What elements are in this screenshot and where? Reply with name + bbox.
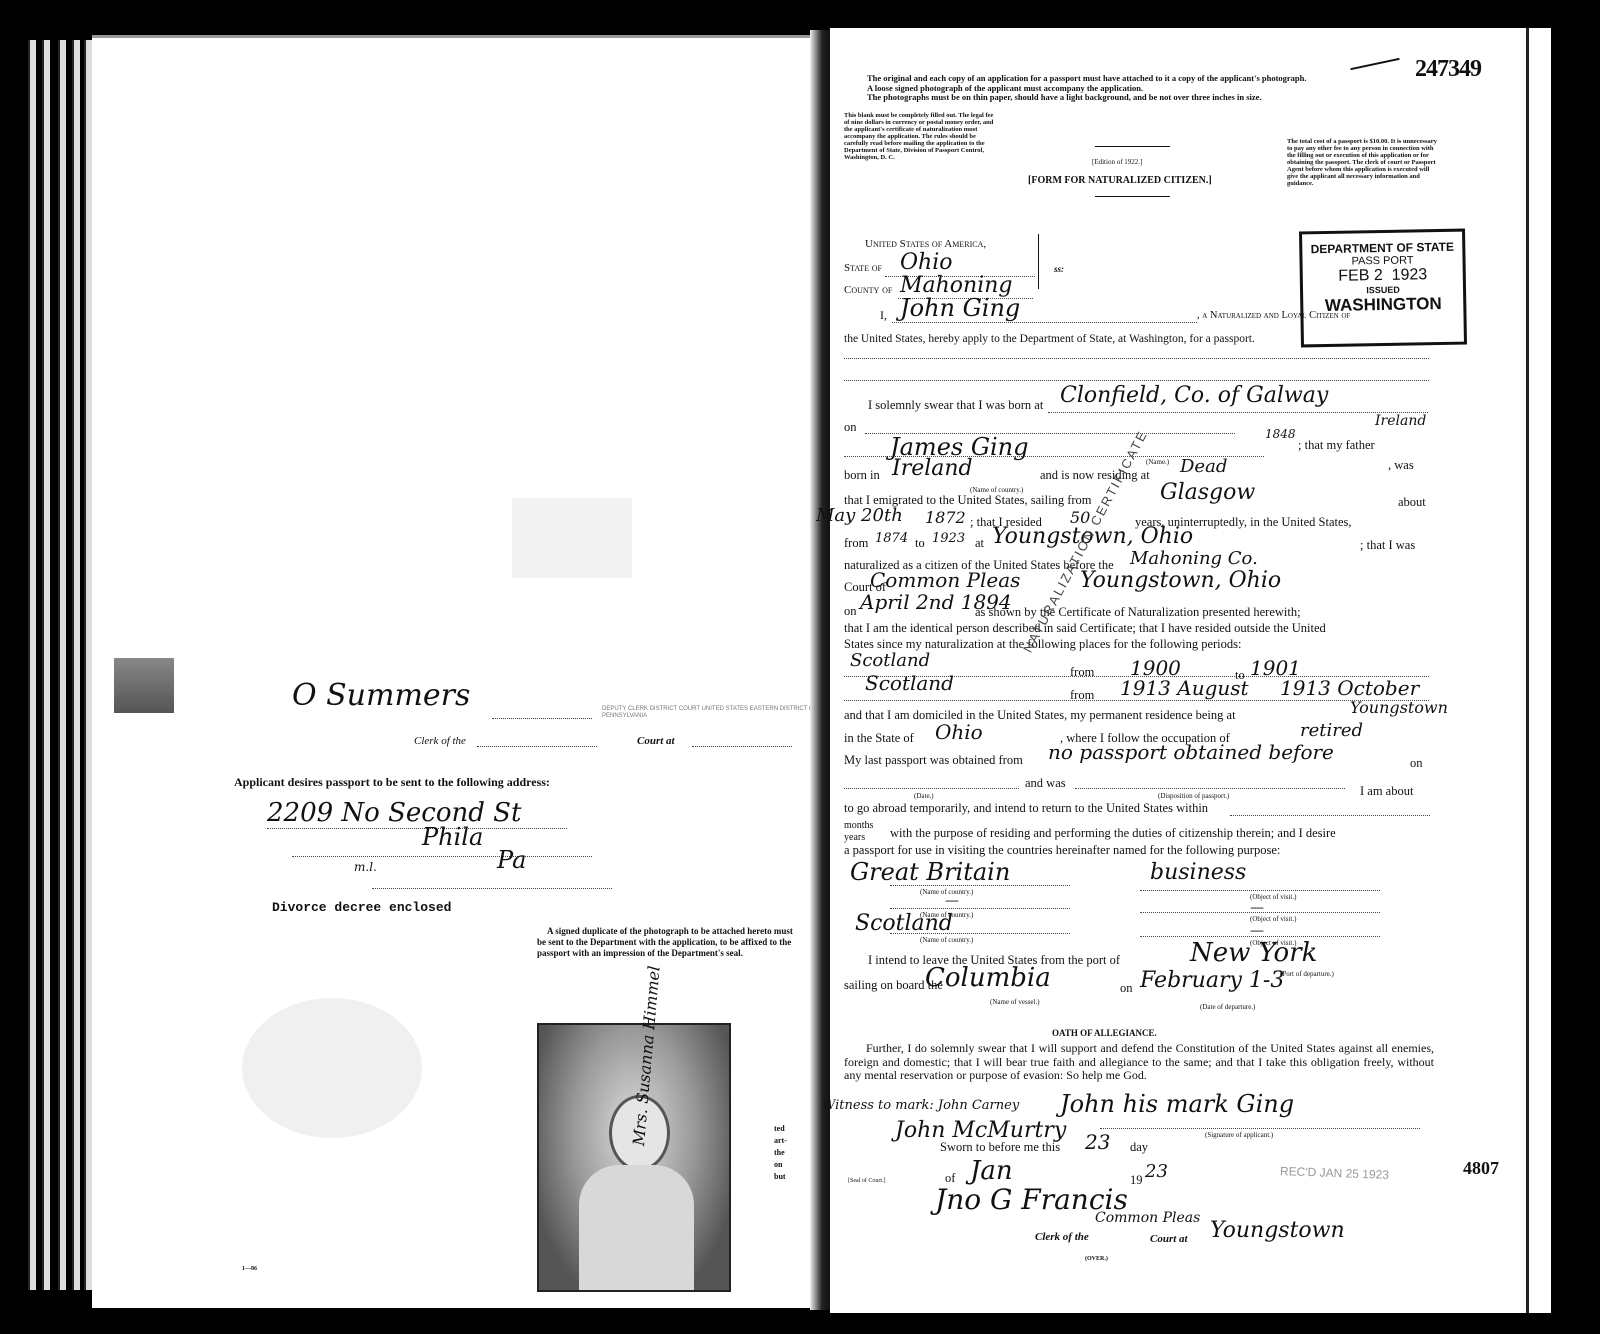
- court-location: Youngstown, Ohio: [1080, 568, 1281, 593]
- right-page: 247349 The original and each copy of an …: [830, 28, 1526, 1313]
- title-rule: [1095, 196, 1170, 197]
- side-text-line: but: [774, 1171, 787, 1183]
- country-line: [890, 885, 1070, 886]
- book-gutter: [810, 30, 830, 1310]
- object-2: —: [1250, 900, 1264, 916]
- form-title: [FORM FOR NATURALIZED CITIZEN.]: [1028, 175, 1212, 186]
- applicant-name: John Ging: [900, 294, 1020, 322]
- stamp-line: WASHINGTON: [1303, 294, 1463, 317]
- allegiance-title: OATH OF ALLEGIANCE.: [1052, 1028, 1157, 1038]
- applicant-signature: John his mark Ging: [1060, 1090, 1294, 1118]
- book-page-edge: [28, 40, 36, 1290]
- purpose-text: with the purpose of residing and perform…: [890, 826, 1336, 841]
- date-caption: (Date.): [914, 792, 934, 800]
- to-year: 1923: [932, 531, 965, 546]
- bleed-through-mark: [512, 498, 632, 578]
- book-page-edge: [42, 40, 50, 1290]
- identical-text: that I am the identical person described…: [844, 621, 1326, 636]
- court-line: [692, 746, 792, 747]
- certificate-text: as shown by the Certificate of Naturaliz…: [975, 605, 1301, 620]
- title-rule: [1095, 146, 1170, 147]
- abroad-place-1: Scotland: [850, 650, 930, 671]
- about-to-label: I am about: [1360, 784, 1413, 799]
- photo-notice: A signed duplicate of the photograph to …: [537, 926, 795, 959]
- residence-state: Ohio: [935, 720, 983, 744]
- allegiance-text: Further, I do solemnly swear that I will…: [844, 1042, 1434, 1083]
- clerk-signature: O Summers: [292, 678, 470, 713]
- abroad-from-2: 1913 August: [1120, 676, 1249, 700]
- sworn-label: Sworn to before me this: [940, 1140, 1060, 1155]
- country-label: United States of America,: [865, 238, 986, 250]
- abroad-text: to go abroad temporarily, and intend to …: [844, 801, 1208, 816]
- father-label: ; that my father: [1298, 438, 1375, 453]
- received-stamp: REC'D JAN 25 1923: [1280, 1164, 1389, 1182]
- address-line-1: 2209 No Second St: [267, 798, 521, 828]
- sworn-day: 23: [1085, 1130, 1110, 1154]
- country-line: [890, 933, 1070, 934]
- last-passport: no passport obtained before: [1048, 740, 1334, 764]
- sworn-year: 23: [1145, 1161, 1168, 1182]
- applicant-photo: Mrs. Susanna Himmel: [537, 1023, 731, 1292]
- from-year: 1874: [875, 531, 908, 546]
- photo-requirements: The original and each copy of an applica…: [867, 74, 1427, 103]
- months-label: months: [844, 820, 873, 832]
- clerk-label: Clerk of the: [1035, 1231, 1089, 1243]
- court-stamp: DEPUTY CLERK DISTRICT COURT UNITED STATE…: [602, 706, 842, 720]
- notice-line: The photographs must be on thin paper, s…: [867, 93, 1427, 103]
- address-line-2: Phila: [422, 823, 483, 851]
- abroad-to-2: 1913 October: [1280, 676, 1419, 700]
- naturalized-label: ; that I was: [1360, 538, 1415, 553]
- name-caption: (Name.): [1146, 458, 1169, 466]
- born-label: I solemnly swear that I was born at: [868, 398, 1043, 413]
- book-page-edge: [72, 40, 80, 1290]
- departure-date: February 1-3: [1140, 968, 1284, 993]
- address-heading: Applicant desires passport to be sent to…: [234, 775, 550, 790]
- side-text-line: art-: [774, 1135, 787, 1147]
- clerk-label: Clerk of the: [414, 735, 466, 747]
- court-label: Court at: [637, 735, 675, 747]
- clerk-line: [477, 746, 597, 747]
- rule: [844, 358, 1429, 359]
- rule: [844, 380, 1429, 381]
- from-label: from: [844, 536, 868, 551]
- port: New York: [1190, 938, 1317, 968]
- departure-caption: (Date of departure.): [1200, 1003, 1255, 1011]
- object-line: [1140, 890, 1380, 891]
- left-page: O Summers DEPUTY CLERK DISTRICT COURT UN…: [92, 35, 810, 1308]
- to-label: to: [915, 536, 925, 551]
- name-line: [892, 322, 1197, 323]
- address-note: m.l.: [354, 860, 377, 874]
- object-caption: (Object of visit.): [1250, 915, 1296, 923]
- country-caption: (Name of country.): [920, 936, 973, 944]
- seal-label: [Seal of Court.]: [848, 1178, 886, 1184]
- passport-use-text: a passport for use in visiting the count…: [844, 843, 1280, 858]
- country-1: Great Britain: [850, 858, 1010, 886]
- date-line: [844, 788, 1019, 789]
- sailing-from: Glasgow: [1160, 480, 1255, 505]
- and-was-label: and was: [1025, 776, 1066, 791]
- ss-label: ss:: [1054, 264, 1064, 274]
- court-name: Common Pleas: [870, 568, 1020, 592]
- edition: [Edition of 1922.]: [1092, 158, 1142, 166]
- photo-body: [579, 1165, 694, 1290]
- permanent-residence: Youngstown: [1350, 698, 1448, 717]
- instructions-right: The total cost of a passport is $10.00. …: [1287, 138, 1437, 187]
- about-label: about: [1398, 495, 1426, 510]
- occupation: retired: [1300, 720, 1363, 741]
- side-text-line: the: [774, 1147, 787, 1159]
- signature-line: [492, 718, 592, 719]
- county-label: County of: [844, 284, 892, 296]
- on-label-3: on: [1120, 981, 1133, 996]
- witness-note: Witness to mark: John Carney: [822, 1098, 1019, 1113]
- father-birth-country: Ireland: [892, 456, 973, 481]
- page-tab: [114, 658, 174, 713]
- on-label-2: on: [1410, 756, 1423, 771]
- disposition-line: [1075, 788, 1345, 789]
- court-place: Youngstown: [1210, 1218, 1345, 1243]
- signature-caption: (Signature of applicant.): [1205, 1131, 1273, 1139]
- instructions-left: This blank must be completely filled out…: [844, 112, 994, 161]
- birthplace-line: [1048, 412, 1428, 413]
- on-label: on: [844, 420, 857, 435]
- photo-side-text: ted art- the on but: [774, 1123, 787, 1183]
- emigration-year: 1872: [925, 508, 966, 527]
- father-residence: Dead: [1180, 456, 1227, 477]
- state-label: State of: [844, 262, 882, 274]
- year-prefix: 19: [1130, 1173, 1143, 1188]
- state-value: Ohio: [900, 250, 953, 275]
- book-page-edge: [58, 40, 66, 1290]
- address-line-rule: [267, 828, 567, 829]
- object-line: [1140, 912, 1380, 913]
- birth-year: 1848: [1265, 427, 1296, 441]
- address-line-3: Pa: [497, 846, 526, 874]
- at-label: at: [975, 536, 984, 551]
- last-passport-label: My last passport was obtained from: [844, 753, 1023, 768]
- emigration-date: May 20th: [816, 505, 903, 526]
- over-label: (OVER.): [1085, 1256, 1108, 1262]
- bleed-through-mark: [242, 998, 422, 1138]
- country-2: —: [945, 893, 959, 909]
- clerk-court: Common Pleas: [1095, 1210, 1200, 1226]
- side-text-line: on: [774, 1159, 787, 1171]
- ss-bracket: [1038, 234, 1039, 289]
- return-line: [1230, 815, 1430, 816]
- vessel-caption: (Name of vessel.): [990, 998, 1040, 1006]
- pencil-mark: [1350, 58, 1399, 70]
- on-date-label: on: [844, 604, 857, 619]
- passport-issued-stamp: DEPARTMENT OF STATE PASS PORT FEB 2 1923…: [1299, 229, 1467, 348]
- book-page-edge: [84, 40, 92, 1290]
- residing-label: and is now residing at: [1040, 468, 1150, 483]
- typed-note: Divorce decree enclosed: [272, 900, 451, 915]
- disposition-caption: (Disposition of passport.): [1158, 792, 1229, 800]
- period-from-label: from: [1070, 688, 1094, 703]
- abroad-place-2: Scotland: [865, 671, 954, 695]
- page-edge-right: [1526, 28, 1551, 1313]
- signature-line: [1100, 1128, 1420, 1129]
- object-1: business: [1150, 860, 1246, 885]
- abroad-line: [844, 700, 1429, 701]
- period-from-label: from: [1070, 665, 1094, 680]
- country-line: [890, 908, 1070, 909]
- court-at-label: Court at: [1150, 1233, 1188, 1245]
- address-line-rule: [372, 888, 612, 889]
- birthplace: Clonfield, Co. of Galway: [1060, 383, 1328, 408]
- i-label: I,: [880, 308, 887, 323]
- day-label: day: [1130, 1140, 1148, 1155]
- state-of-label: in the State of: [844, 731, 914, 746]
- port-caption: (Port of departure.): [1280, 970, 1334, 978]
- born-in-label: born in: [844, 468, 880, 483]
- side-text-line: ted: [774, 1123, 787, 1135]
- address-line-rule: [292, 856, 592, 857]
- naturalized-court: Mahoning Co.: [1130, 548, 1258, 569]
- vessel: Columbia: [925, 963, 1051, 993]
- object-line: [1140, 936, 1380, 937]
- domiciled-text: and that I am domiciled in the United St…: [844, 708, 1236, 723]
- file-number: 4807: [1463, 1158, 1499, 1179]
- months-years-labels: months years: [844, 820, 873, 844]
- apply-text: the United States, hereby apply to the D…: [844, 333, 1255, 345]
- birth-country: Ireland: [1375, 413, 1426, 429]
- stamp-line: DEPARTMENT OF STATE: [1302, 240, 1462, 257]
- form-code: 1—86: [242, 1266, 257, 1272]
- sworn-month: Jan: [970, 1156, 1013, 1186]
- was-label: , was: [1388, 458, 1414, 473]
